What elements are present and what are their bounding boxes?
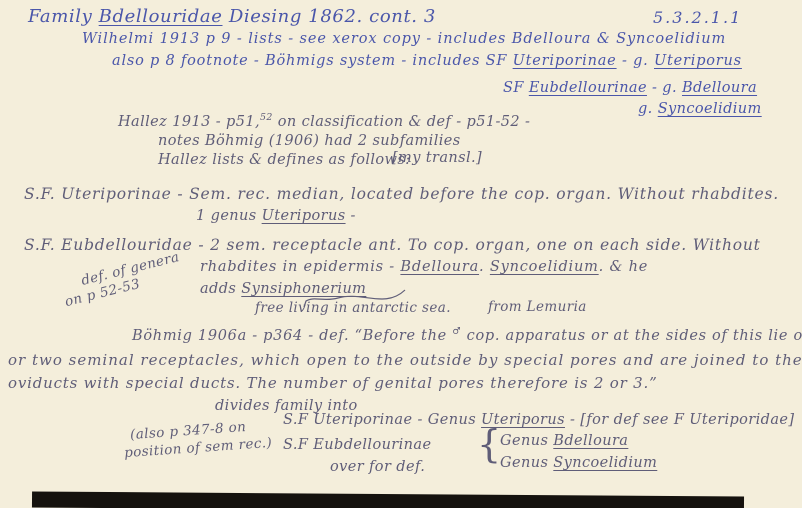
card-title: Family Bdellouridae Diesing 1862. cont. … <box>28 6 436 27</box>
genus-syncoelidium-entry: Genus Syncoelidium <box>500 455 657 471</box>
note-hallez-line2: notes Böhmig (1906) had 2 subfamilies <box>158 133 461 149</box>
note-hallez-line1: Hallez 1913 - p51,52 on classification &… <box>118 112 530 130</box>
my-transl-note: [my transl.] <box>392 150 482 166</box>
ref-number: 5.3.2.1.1 <box>653 8 742 27</box>
index-card: Family Bdellouridae Diesing 1862. cont. … <box>0 0 802 508</box>
note-wilhelmi-line2: also p 8 footnote - Böhmigs system - inc… <box>112 53 742 69</box>
note-wilhelmi-line3: SF Eubdellourinae - g. Bdelloura <box>503 80 757 96</box>
note-bohmig-quote-line1: Böhmig 1906a - p364 - def. “Before the ♂… <box>132 326 802 344</box>
sf-uteriporinae-entry: S.F Uteriporinae - Genus Uteriporus - [f… <box>283 412 794 428</box>
note-bohmig-quote-line3: oviducts with special ducts. The number … <box>8 374 658 392</box>
card-bottom-edge <box>32 492 744 508</box>
subfamily-uteriporinae-genus: 1 genus Uteriporus - <box>196 208 356 224</box>
over-for-def-note: over for def. <box>330 459 425 475</box>
note-hallez-line3: Hallez lists & defines as follows: <box>158 152 410 168</box>
from-lemuria-note: from Lemuria <box>488 299 587 315</box>
free-living-note: free living in antarctic sea. <box>255 300 451 316</box>
genus-bdelloura-entry: Genus Bdelloura <box>500 433 628 449</box>
sf-eubdellourinae-entry: S.F Eubdellourinae <box>283 437 431 453</box>
subfamily-uteriporinae-def: S.F. Uteriporinae - Sem. rec. median, lo… <box>24 185 779 203</box>
subfamily-eubdellouridae-def-line2: rhabdites in epidermis - Bdelloura. Sync… <box>200 259 648 275</box>
note-wilhelmi-line4: g. Syncoelidium <box>638 101 762 117</box>
subfamily-eubdellouridae-def-line1: S.F. Eubdellouridae - 2 sem. receptacle … <box>24 236 761 254</box>
note-wilhelmi-line1: Wilhelmi 1913 p 9 - lists - see xerox co… <box>82 31 726 47</box>
genus-brace: { <box>477 422 502 466</box>
note-bohmig-quote-line2: or two seminal receptacles, which open t… <box>8 351 802 369</box>
